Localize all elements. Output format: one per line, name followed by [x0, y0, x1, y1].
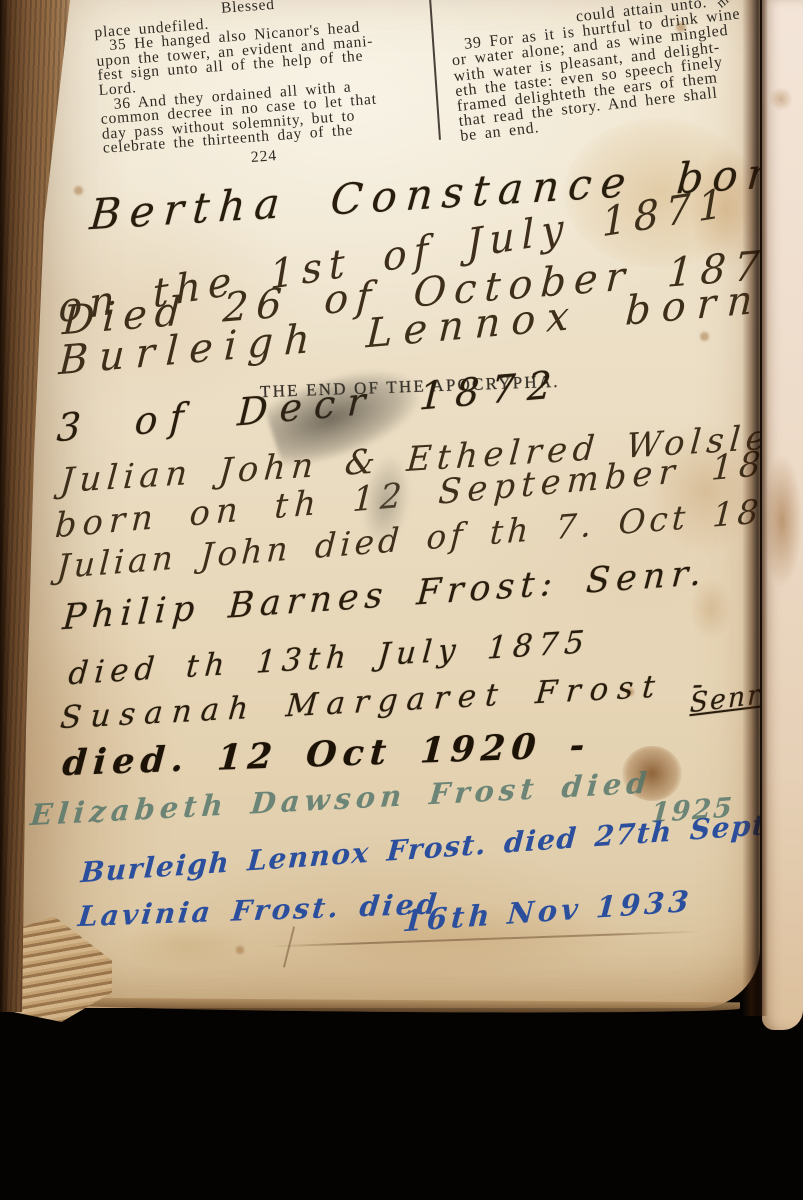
crease-line: [270, 930, 700, 947]
entry-lavinia-death-date: 16th Nov 1933: [402, 884, 694, 939]
right-page-edge: [762, 0, 803, 1030]
stain: [74, 186, 83, 195]
printed-left-column: Blessed place undefiled. 35 He hanged al…: [93, 0, 438, 176]
gutter-shadow: [742, 0, 768, 1016]
stain: [236, 946, 244, 954]
paper-crack: [283, 926, 295, 967]
printed-right-column: could attain unto. 39 For as it is hurtf…: [448, 0, 760, 144]
left-page: Blessed place undefiled. 35 He hanged al…: [14, 0, 760, 1008]
stain: [762, 455, 802, 587]
stain: [770, 86, 792, 112]
entry-lavinia-death: Lavinia Frost. died: [77, 887, 442, 933]
book-photograph: Blessed place undefiled. 35 He hanged al…: [0, 0, 803, 1200]
stain: [700, 332, 709, 341]
